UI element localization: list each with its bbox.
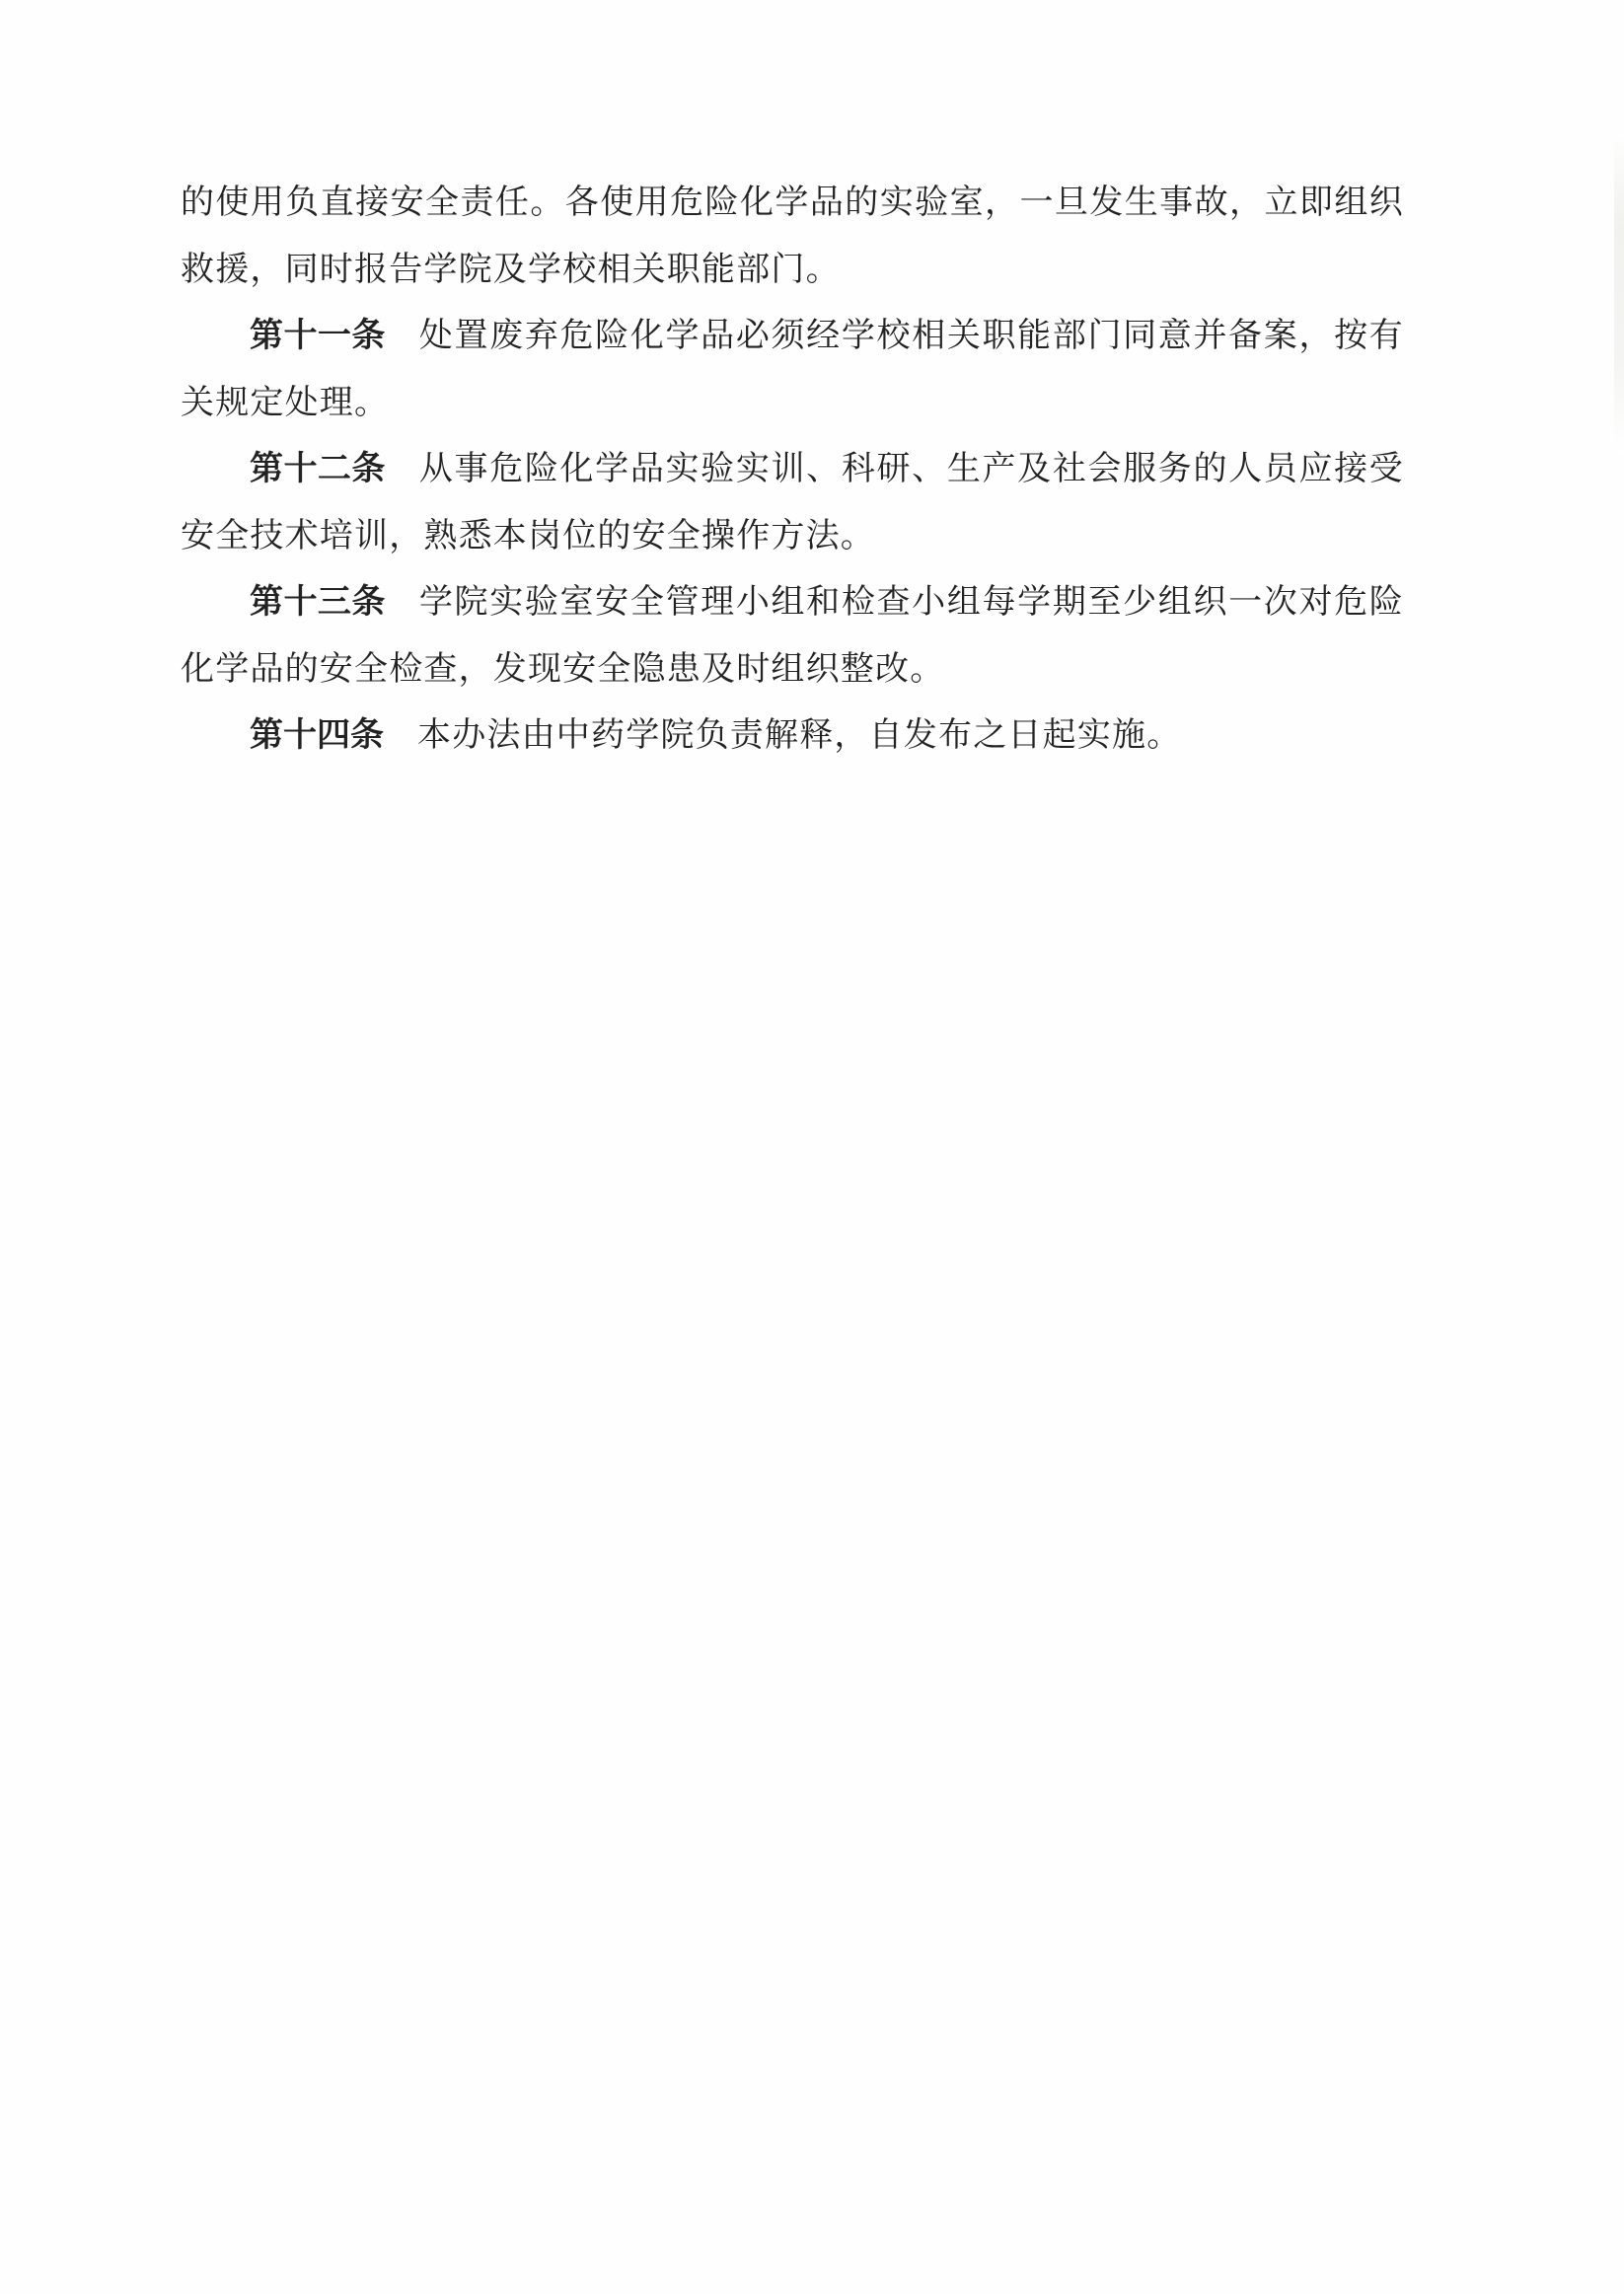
paragraph-text: 的使用负直接安全责任。各使用危险化学品的实验室，一旦发生事故，立即组织救援，同时… bbox=[181, 183, 1404, 289]
article-text: 本办法由中药学院负责解释，自发布之日起实施。 bbox=[417, 715, 1181, 755]
scan-edge-artifact bbox=[1614, 128, 1624, 454]
article-number: 第十二条 bbox=[250, 449, 386, 488]
article-11: 第十一条处置废弃危险化学品必须经学校相关职能部门同意并备案，按有关规定处理。 bbox=[181, 303, 1404, 436]
article-13: 第十三条学院实验室安全管理小组和检查小组每学期至少组织一次对危险化学品的安全检查… bbox=[181, 569, 1404, 703]
document-body: 的使用负直接安全责任。各使用危险化学品的实验室，一旦发生事故，立即组织救援，同时… bbox=[181, 170, 1404, 770]
article-number: 第十四条 bbox=[250, 715, 384, 755]
article-number: 第十一条 bbox=[250, 316, 386, 355]
article-14: 第十四条本办法由中药学院负责解释，自发布之日起实施。 bbox=[181, 703, 1404, 770]
paragraph-continuation: 的使用负直接安全责任。各使用危险化学品的实验室，一旦发生事故，立即组织救援，同时… bbox=[181, 170, 1404, 303]
article-number: 第十三条 bbox=[250, 582, 386, 622]
document-page: 的使用负直接安全责任。各使用危险化学品的实验室，一旦发生事故，立即组织救援，同时… bbox=[0, 0, 1624, 2294]
article-12: 第十二条从事危险化学品实验实训、科研、生产及社会服务的人员应接受安全技术培训，熟… bbox=[181, 436, 1404, 569]
